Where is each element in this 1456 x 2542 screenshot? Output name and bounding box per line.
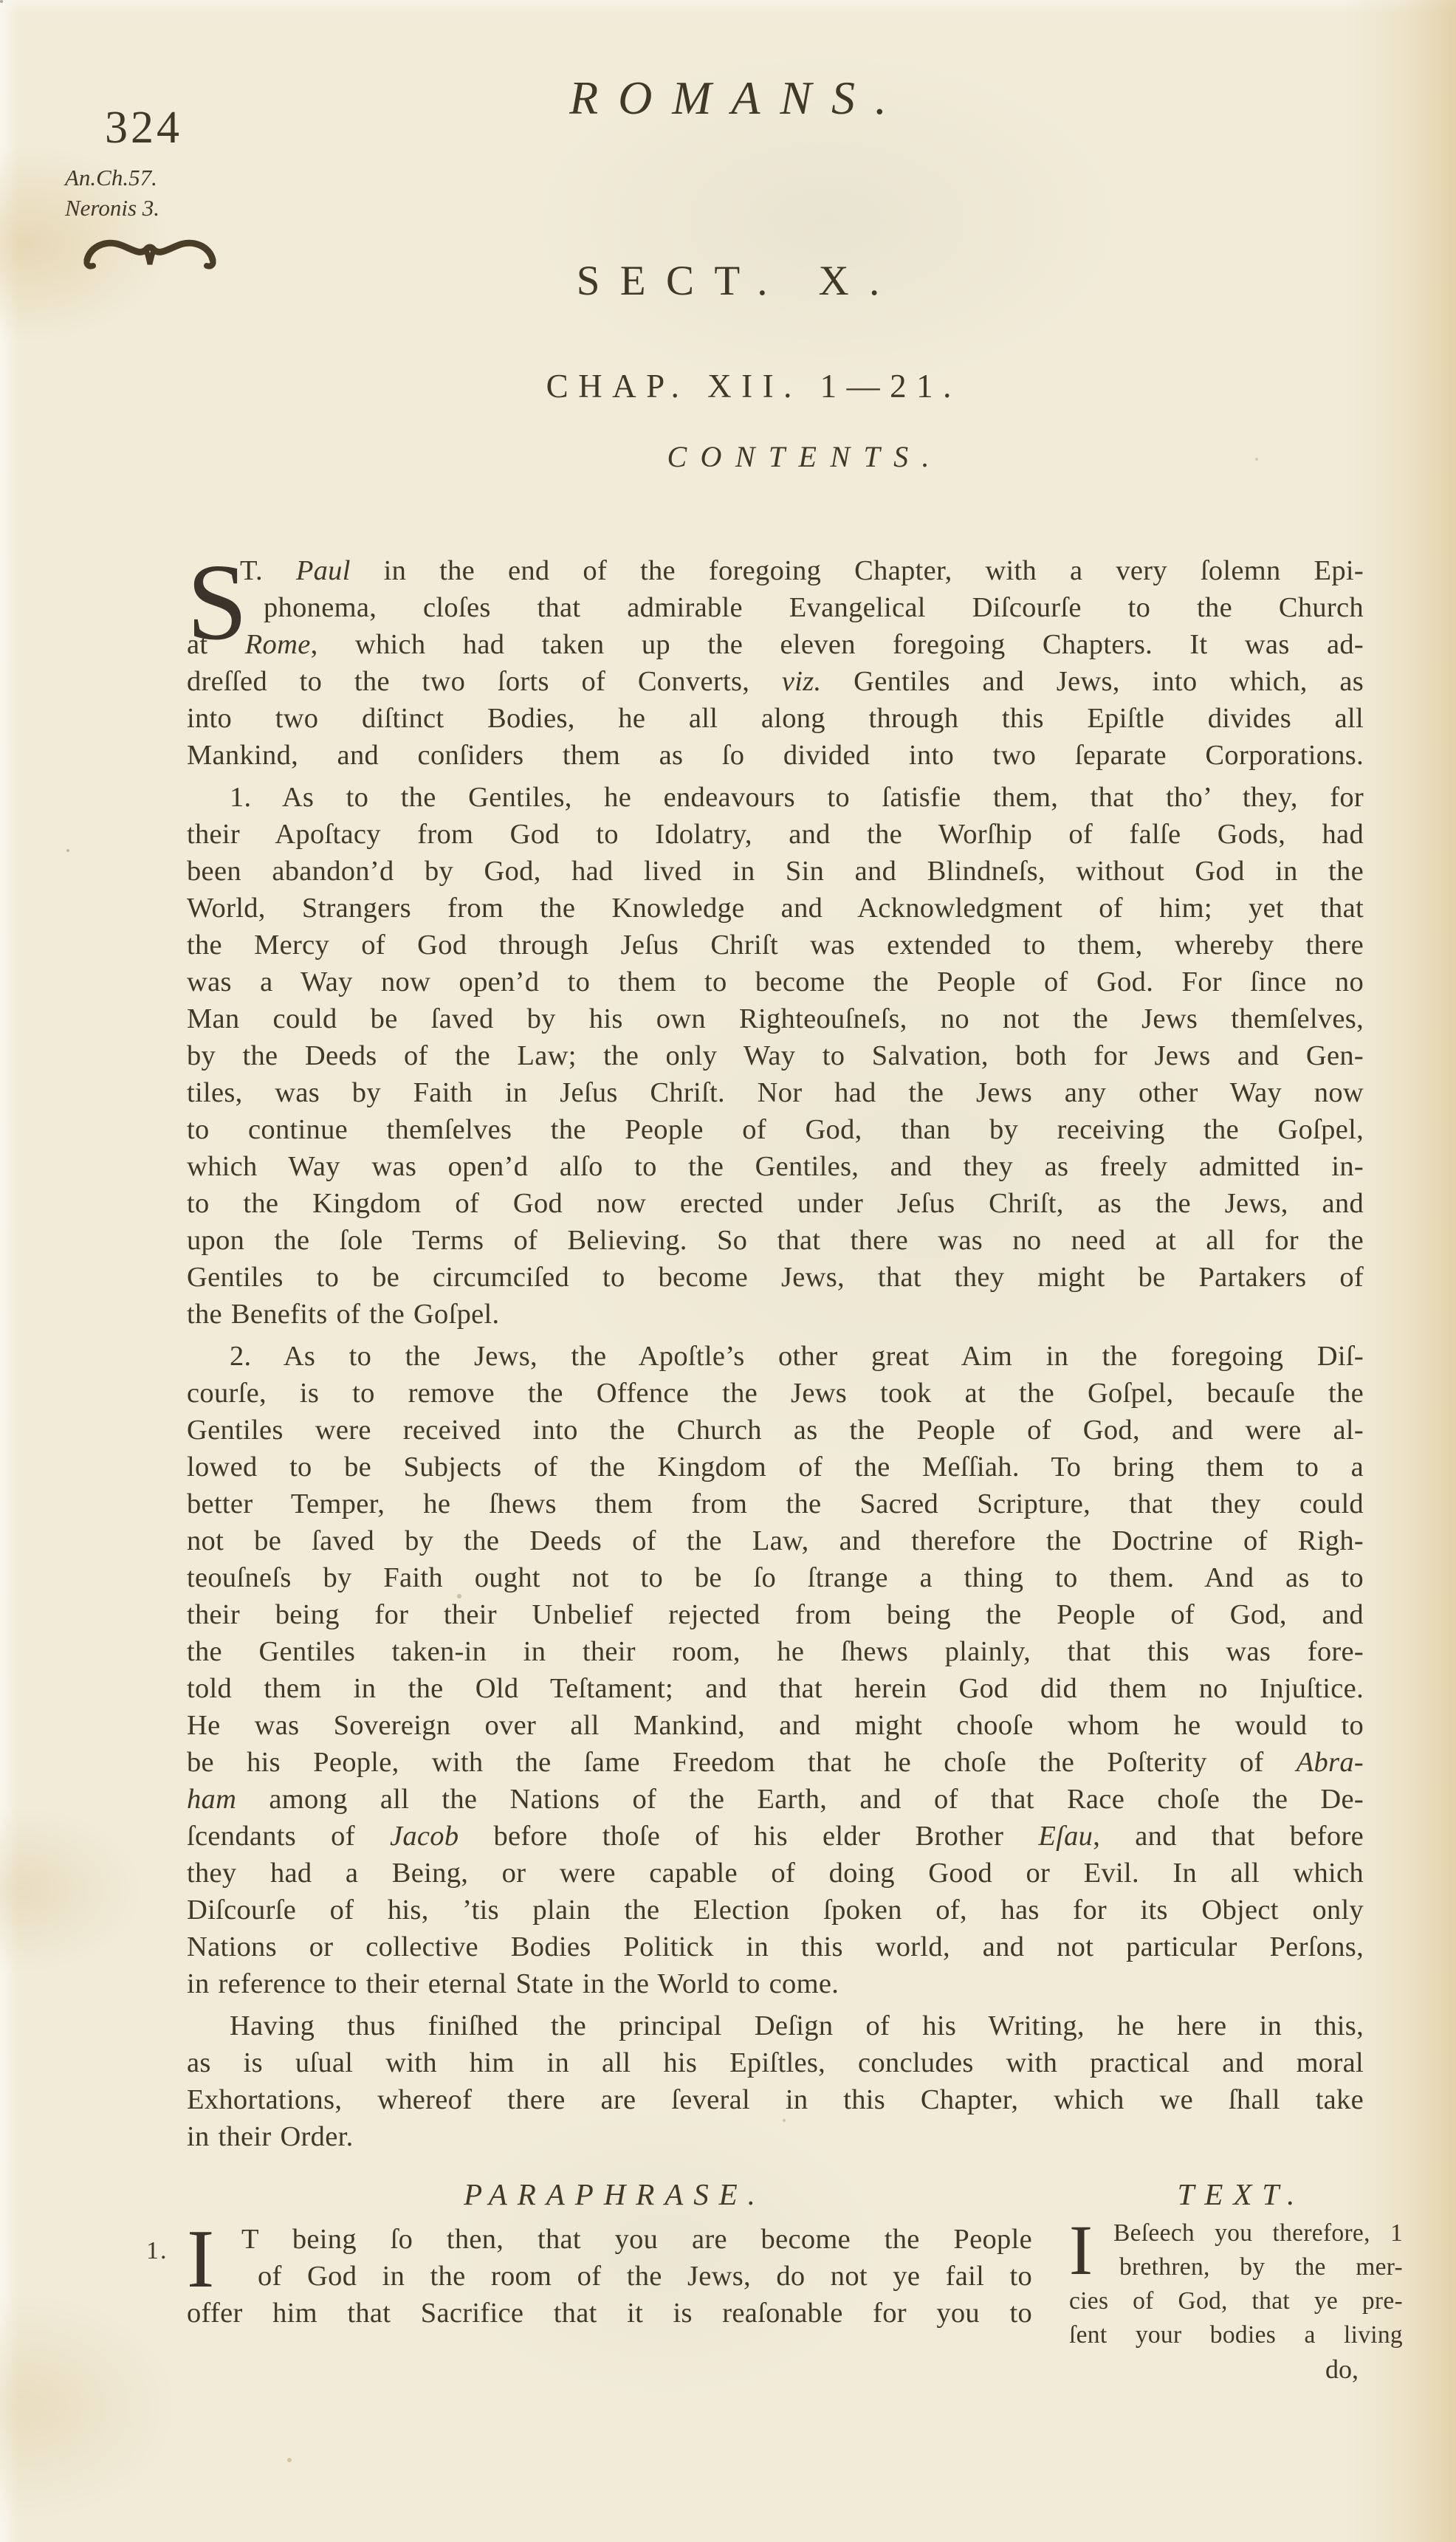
drop-cap: I xyxy=(1069,2215,1093,2286)
text-line: at Rome, which had taken up the eleven f… xyxy=(187,626,1364,663)
text-line: was a Way now open’d to them to become t… xyxy=(187,963,1364,1000)
text-line: T being ſo then, that you are become the… xyxy=(187,2221,1032,2258)
text-line: they had a Being, or were capable of doi… xyxy=(187,1855,1364,1892)
text-line: by the Deeds of the Law; the only Way to… xyxy=(187,1037,1364,1074)
margin-note-line: An.Ch.57. xyxy=(65,162,159,193)
paragraph: S T. Paul in the end of the foregoing Ch… xyxy=(187,552,1364,774)
margin-note-line: Neronis 3. xyxy=(65,193,159,223)
text-line: their Apoſtacy from God to Idolatry, and… xyxy=(187,816,1364,853)
text-line: Gentiles were received into the Church a… xyxy=(187,1412,1364,1449)
text-line: in reference to their eternal State in t… xyxy=(187,1965,1364,2002)
paragraph-lines: 1. As to the Gentiles, he endeavours to … xyxy=(187,779,1364,1333)
text-line: upon the ſole Terms of Believing. So tha… xyxy=(187,1222,1364,1259)
catchword: do, xyxy=(1069,2354,1359,2385)
text-line: 1. As to the Gentiles, he endeavours to … xyxy=(187,779,1364,816)
paper-specks xyxy=(0,0,3,3)
text-column-lines: Beſeech you therefore, 1brethren, by the… xyxy=(1069,2216,1403,2352)
verse-margin-number: 1. xyxy=(146,2237,168,2265)
contents-body: S T. Paul in the end of the foregoing Ch… xyxy=(187,552,1364,2160)
paraphrase-lines: T being ſo then, that you are become the… xyxy=(187,2221,1032,2332)
paragraph-lines: Having thus finiſhed the principal Deſig… xyxy=(187,2007,1364,2155)
paragraph: 1. As to the Gentiles, he endeavours to … xyxy=(187,779,1364,1333)
text-line: in their Order. xyxy=(187,2118,1364,2155)
text-line: Having thus finiſhed the principal Deſig… xyxy=(187,2007,1364,2044)
paragraph: 2. As to the Jews, the Apoſtle’s other g… xyxy=(187,1338,1364,2002)
text-line: phonema, cloſes that admirable Evangelic… xyxy=(187,589,1364,626)
text-line: 2. As to the Jews, the Apoſtle’s other g… xyxy=(187,1338,1364,1375)
text-line: better Temper, he ſhews them from the Sa… xyxy=(187,1485,1364,1522)
text-line: Nations or collective Bodies Politick in… xyxy=(187,1928,1364,1965)
paragraph: Having thus finiſhed the principal Deſig… xyxy=(187,2007,1364,2155)
text-line: Exhortations, whereof there are ſeveral … xyxy=(187,2081,1364,2118)
paraphrase-column: I T being ſo then, that you are become t… xyxy=(187,2221,1032,2332)
text-line: the Mercy of God through Jeſus Chriſt wa… xyxy=(187,927,1364,963)
text-line: cies of God, that ye pre- xyxy=(1069,2284,1403,2318)
text-line: Diſcourſe of his, ’tis plain the Electio… xyxy=(187,1892,1364,1928)
text-line: to continue themſelves the People of God… xyxy=(187,1111,1364,1148)
chapter-heading: CHAP. XII. 1—21. xyxy=(21,367,1456,405)
text-line: which Way was open’d alſo to the Gentile… xyxy=(187,1148,1364,1185)
paragraph-lines: 2. As to the Jews, the Apoſtle’s other g… xyxy=(187,1338,1364,2002)
text-line: of God in the room of the Jews, do not y… xyxy=(187,2258,1032,2295)
text-line: offer him that Sacrifice that it is reaſ… xyxy=(187,2295,1032,2332)
text-line: He was Sovereign over all Mankind, and m… xyxy=(187,1707,1364,1744)
text-line: told them in the Old Teſtament; and that… xyxy=(187,1670,1364,1707)
contents-heading: CONTENTS. xyxy=(70,439,1456,474)
book-page: 324 ROMANS. An.Ch.57. Neronis 3. SECT. X… xyxy=(0,0,1456,2542)
text-line: tiles, was by Faith in Jeſus Chriſt. Nor… xyxy=(187,1074,1364,1111)
text-line: been abandon’d by God, had lived in Sin … xyxy=(187,853,1364,890)
text-line: their being for their Unbelief rejected … xyxy=(187,1596,1364,1633)
text-line: Mankind, and conſiders them as ſo divide… xyxy=(187,737,1364,774)
text-line: ſent your bodies a living xyxy=(1069,2318,1403,2352)
text-line: courſe, is to remove the Offence the Jew… xyxy=(187,1375,1364,1412)
text-line: brethren, by the mer- xyxy=(1069,2250,1403,2284)
paragraph-lines: T. Paul in the end of the foregoing Chap… xyxy=(187,552,1364,774)
drop-cap: I xyxy=(187,2218,214,2301)
text-line: teouſneſs by Faith ought not to be ſo ſt… xyxy=(187,1559,1364,1596)
text-line: dreſſed to the two ſorts of Converts, vi… xyxy=(187,663,1364,700)
text-line: Beſeech you therefore, 1 xyxy=(1069,2216,1403,2250)
running-title: ROMANS. xyxy=(0,71,1456,126)
text-line: be his People, with the ſame Freedom tha… xyxy=(187,1744,1364,1781)
text-line: not be ſaved by the Deeds of the Law, an… xyxy=(187,1522,1364,1559)
text-line: the Benefits of the Goſpel. xyxy=(187,1296,1364,1333)
text-line: as is uſual with him in all his Epiſtles… xyxy=(187,2044,1364,2081)
margin-note: An.Ch.57. Neronis 3. xyxy=(65,162,159,223)
text-column: I Beſeech you therefore, 1brethren, by t… xyxy=(1069,2216,1403,2352)
text-heading: TEXT. xyxy=(1069,2177,1403,2212)
text-line: ſcendants of Jacob before thoſe of his e… xyxy=(187,1818,1364,1855)
text-line: to the Kingdom of God now erected under … xyxy=(187,1185,1364,1222)
drop-cap: S xyxy=(187,548,247,657)
text-line: Man could be ſaved by his own Righteouſn… xyxy=(187,1000,1364,1037)
text-line: the Gentiles taken-in in their room, he … xyxy=(187,1633,1364,1670)
section-heading: SECT. X. xyxy=(0,257,1456,305)
text-line: lowed to be Subjects of the Kingdom of t… xyxy=(187,1449,1364,1485)
text-line: ham among all the Nations of the Earth, … xyxy=(187,1781,1364,1818)
text-line: T. Paul in the end of the foregoing Chap… xyxy=(187,552,1364,589)
text-line: World, Strangers from the Knowledge and … xyxy=(187,890,1364,927)
text-line: into two diſtinct Bodies, he all along t… xyxy=(187,700,1364,737)
text-line: Gentiles to be circumciſed to become Jew… xyxy=(187,1259,1364,1296)
paraphrase-heading: PARAPHRASE. xyxy=(187,2177,1032,2212)
